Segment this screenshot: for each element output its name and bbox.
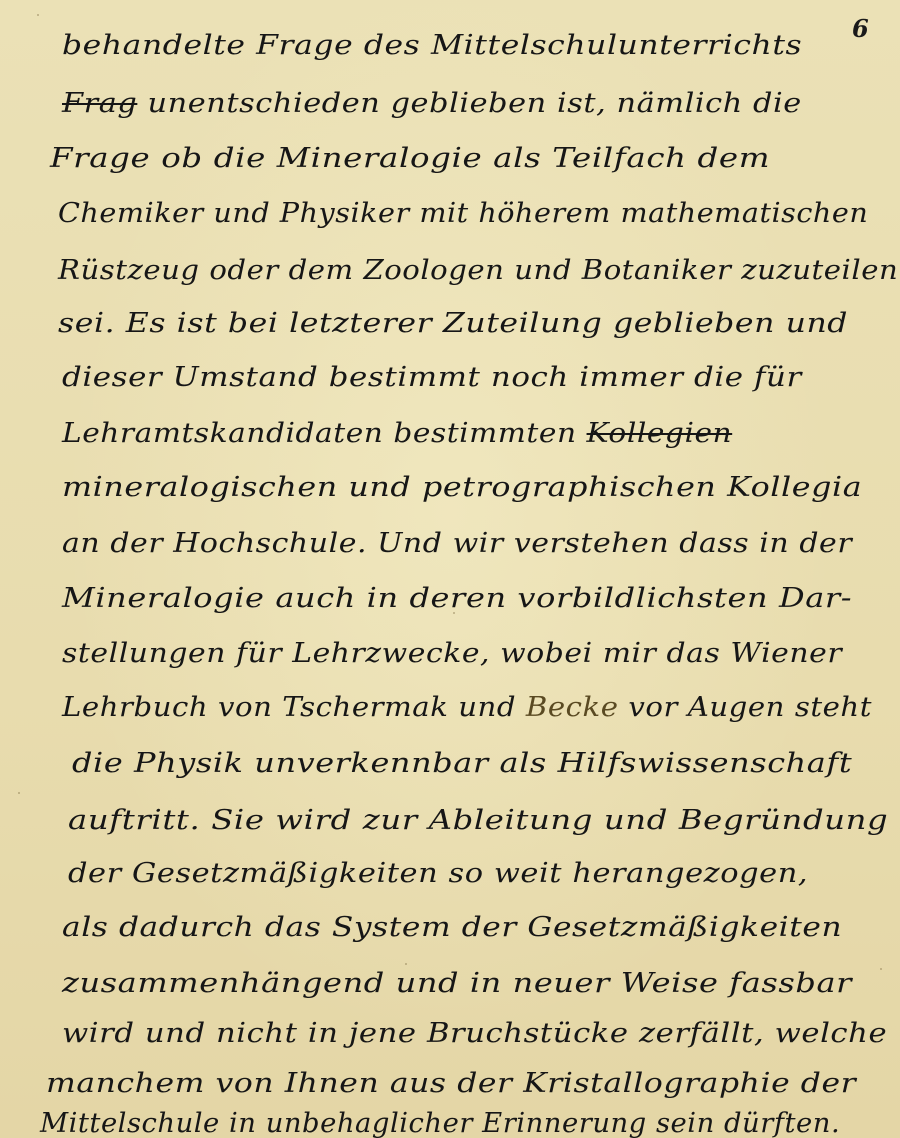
manuscript-line: stellungen für Lehrzwecke, wobei mir das…: [62, 638, 842, 669]
manuscript-line: der Gesetzmäßigkeiten so weit herangezog…: [68, 858, 808, 889]
manuscript-line: behandelte Frage des Mittelschulunterric…: [62, 30, 802, 61]
manuscript-line: dieser Umstand bestimmt noch immer die f…: [62, 362, 802, 393]
manuscript-page: 6 behandelte Frage des Mittelschulunterr…: [0, 0, 900, 1138]
manuscript-line: Mittelschule in unbehaglicher Erinnerung…: [40, 1108, 840, 1138]
manuscript-line: als dadurch das System der Gesetzmäßigke…: [62, 912, 842, 943]
manuscript-line: die Physik unverkennbar als Hilfswissens…: [72, 748, 852, 779]
manuscript-line: manchem von Ihnen aus der Kristallograph…: [46, 1068, 856, 1099]
manuscript-line: an der Hochschule. Und wir verstehen das…: [62, 528, 852, 559]
manuscript-line: mineralogischen und petrographischen Kol…: [62, 472, 862, 503]
manuscript-line: sei. Es ist bei letzterer Zuteilung gebl…: [58, 308, 848, 339]
paper-speck: [18, 792, 20, 794]
manuscript-line: Mineralogie auch in deren vorbildlichste…: [62, 583, 852, 614]
paper-speck: [37, 14, 39, 16]
manuscript-line: wird und nicht in jene Bruchstücke zerfä…: [62, 1018, 887, 1049]
manuscript-line: Lehrbuch von Tschermak und Becke vor Aug…: [62, 692, 872, 723]
manuscript-line: Lehramtskandidaten bestimmten Kollegien: [62, 418, 732, 449]
manuscript-line: auftritt. Sie wird zur Ableitung und Beg…: [68, 805, 888, 836]
manuscript-line: Frag unentschieden geblieben ist, nämlic…: [62, 88, 802, 119]
manuscript-line: Chemiker und Physiker mit höherem mathem…: [58, 198, 868, 229]
manuscript-line: Rüstzeug oder dem Zoologen und Botaniker…: [58, 255, 898, 286]
page-number: 6: [852, 14, 869, 43]
manuscript-line: Frage ob die Mineralogie als Teilfach de…: [50, 143, 770, 174]
paper-speck: [405, 963, 407, 965]
paper-speck: [880, 968, 882, 970]
manuscript-line: zusammenhängend und in neuer Weise fassb…: [62, 968, 852, 999]
